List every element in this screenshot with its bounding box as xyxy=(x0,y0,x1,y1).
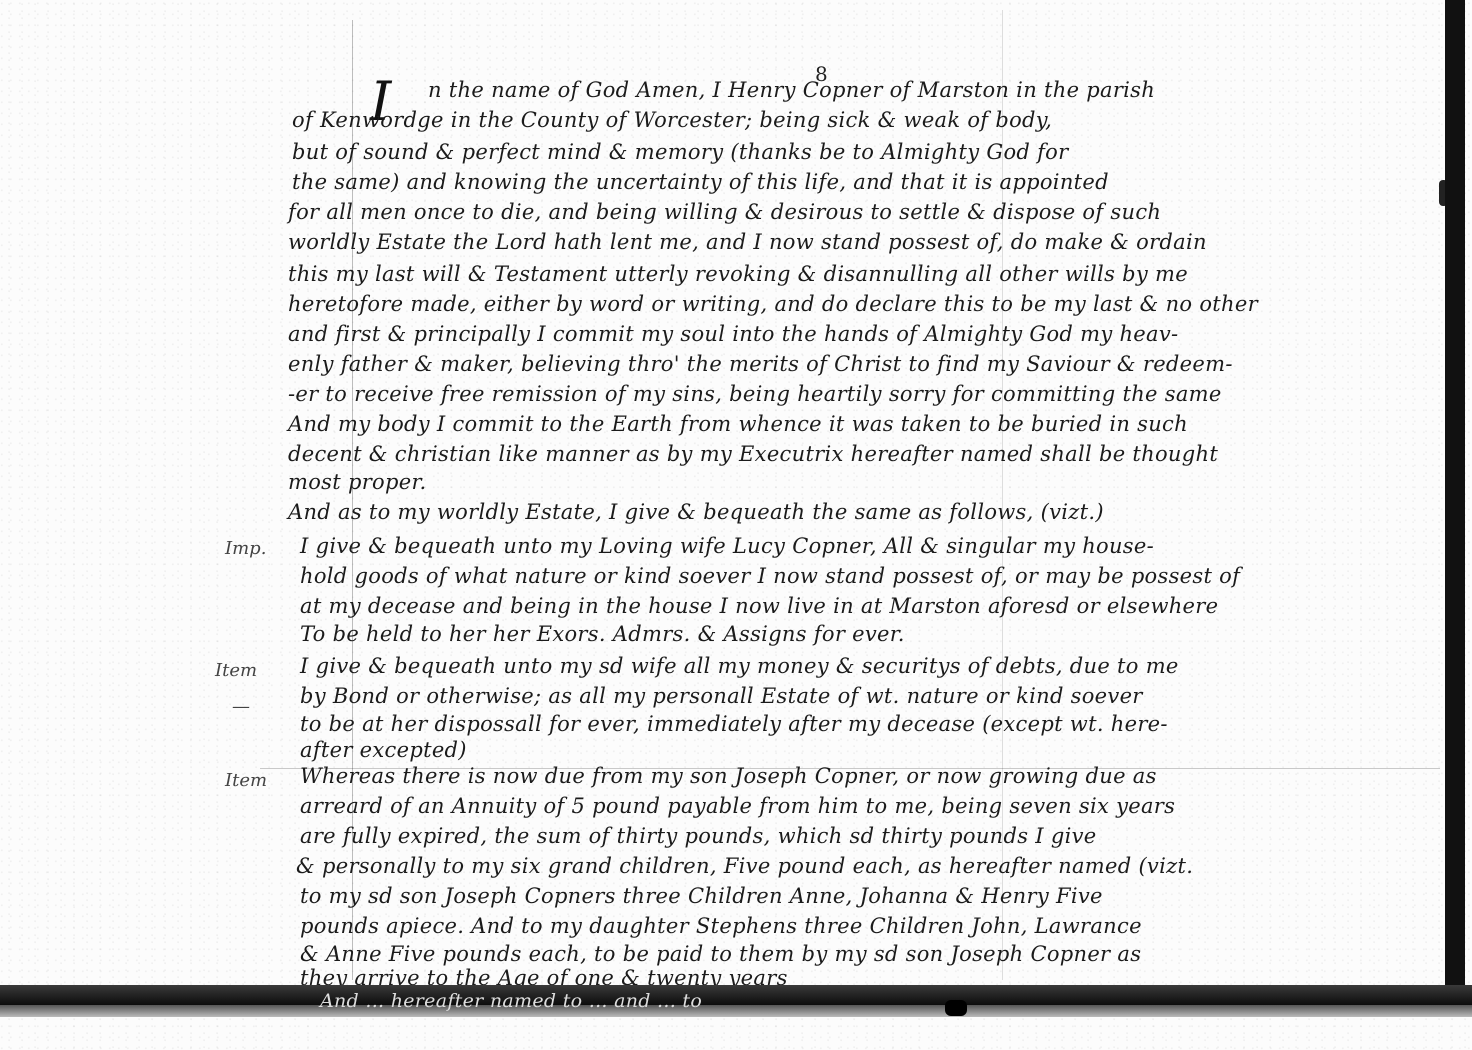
text-line: & Anne Five pounds each, to be paid to t… xyxy=(300,942,1141,966)
text-line: by Bond or otherwise; as all my personal… xyxy=(300,684,1143,708)
ink-smudge xyxy=(945,1000,967,1016)
text-line: -er to receive free remission of my sins… xyxy=(288,382,1222,406)
text-line: the same) and knowing the uncertainty of… xyxy=(292,170,1109,194)
margin-note: Item xyxy=(215,660,257,681)
text-line-cut-off: And ... hereafter named to ... and ... t… xyxy=(320,990,702,1012)
text-line: I give & bequeath unto my sd wife all my… xyxy=(300,654,1179,678)
text-line: to my sd son Joseph Copners three Childr… xyxy=(300,884,1103,908)
scan-edge-bottom xyxy=(0,985,1472,1005)
text-line: of Kenwordge in the County of Worcester;… xyxy=(292,108,1052,132)
margin-note: Item xyxy=(225,770,267,791)
scanned-document-page: 8 I n the name of God Amen, I Henry Copn… xyxy=(0,0,1472,1050)
text-line: arreard of an Annuity of 5 pound payable… xyxy=(300,794,1175,818)
text-line: worldly Estate the Lord hath lent me, an… xyxy=(288,230,1207,254)
text-line: and first & principally I commit my soul… xyxy=(288,322,1178,346)
text-line: & personally to my six grand children, F… xyxy=(296,854,1193,878)
text-line: enly father & maker, believing thro' the… xyxy=(288,352,1233,376)
text-line: n the name of God Amen, I Henry Copner o… xyxy=(428,78,1155,102)
text-line: I give & bequeath unto my Loving wife Lu… xyxy=(300,534,1154,558)
text-line: are fully expired, the sum of thirty pou… xyxy=(300,824,1097,848)
margin-note: Imp. xyxy=(225,538,266,559)
scan-edge-right xyxy=(1445,0,1465,1000)
text-line: for all men once to die, and being willi… xyxy=(288,200,1161,224)
text-line: decent & christian like manner as by my … xyxy=(288,442,1218,466)
text-line: hold goods of what nature or kind soever… xyxy=(300,564,1240,588)
text-line: this my last will & Testament utterly re… xyxy=(288,262,1188,286)
text-line: pounds apiece. And to my daughter Stephe… xyxy=(300,914,1142,938)
text-line: And my body I commit to the Earth from w… xyxy=(288,412,1188,436)
text-line: to be at her dispossall for ever, immedi… xyxy=(300,712,1168,736)
margin-dash: — xyxy=(232,696,250,717)
text-line: And as to my worldly Estate, I give & be… xyxy=(288,500,1104,524)
text-line: after excepted) xyxy=(300,738,467,762)
text-line: Whereas there is now due from my son Jos… xyxy=(300,764,1157,788)
text-line: To be held to her her Exors. Admrs. & As… xyxy=(300,622,905,646)
text-line: at my decease and being in the house I n… xyxy=(300,594,1218,618)
text-line: heretofore made, either by word or writi… xyxy=(288,292,1258,316)
text-line: most proper. xyxy=(288,470,426,494)
text-line: but of sound & perfect mind & memory (th… xyxy=(292,140,1068,164)
scan-edge-bottom-fade xyxy=(0,1005,1472,1017)
